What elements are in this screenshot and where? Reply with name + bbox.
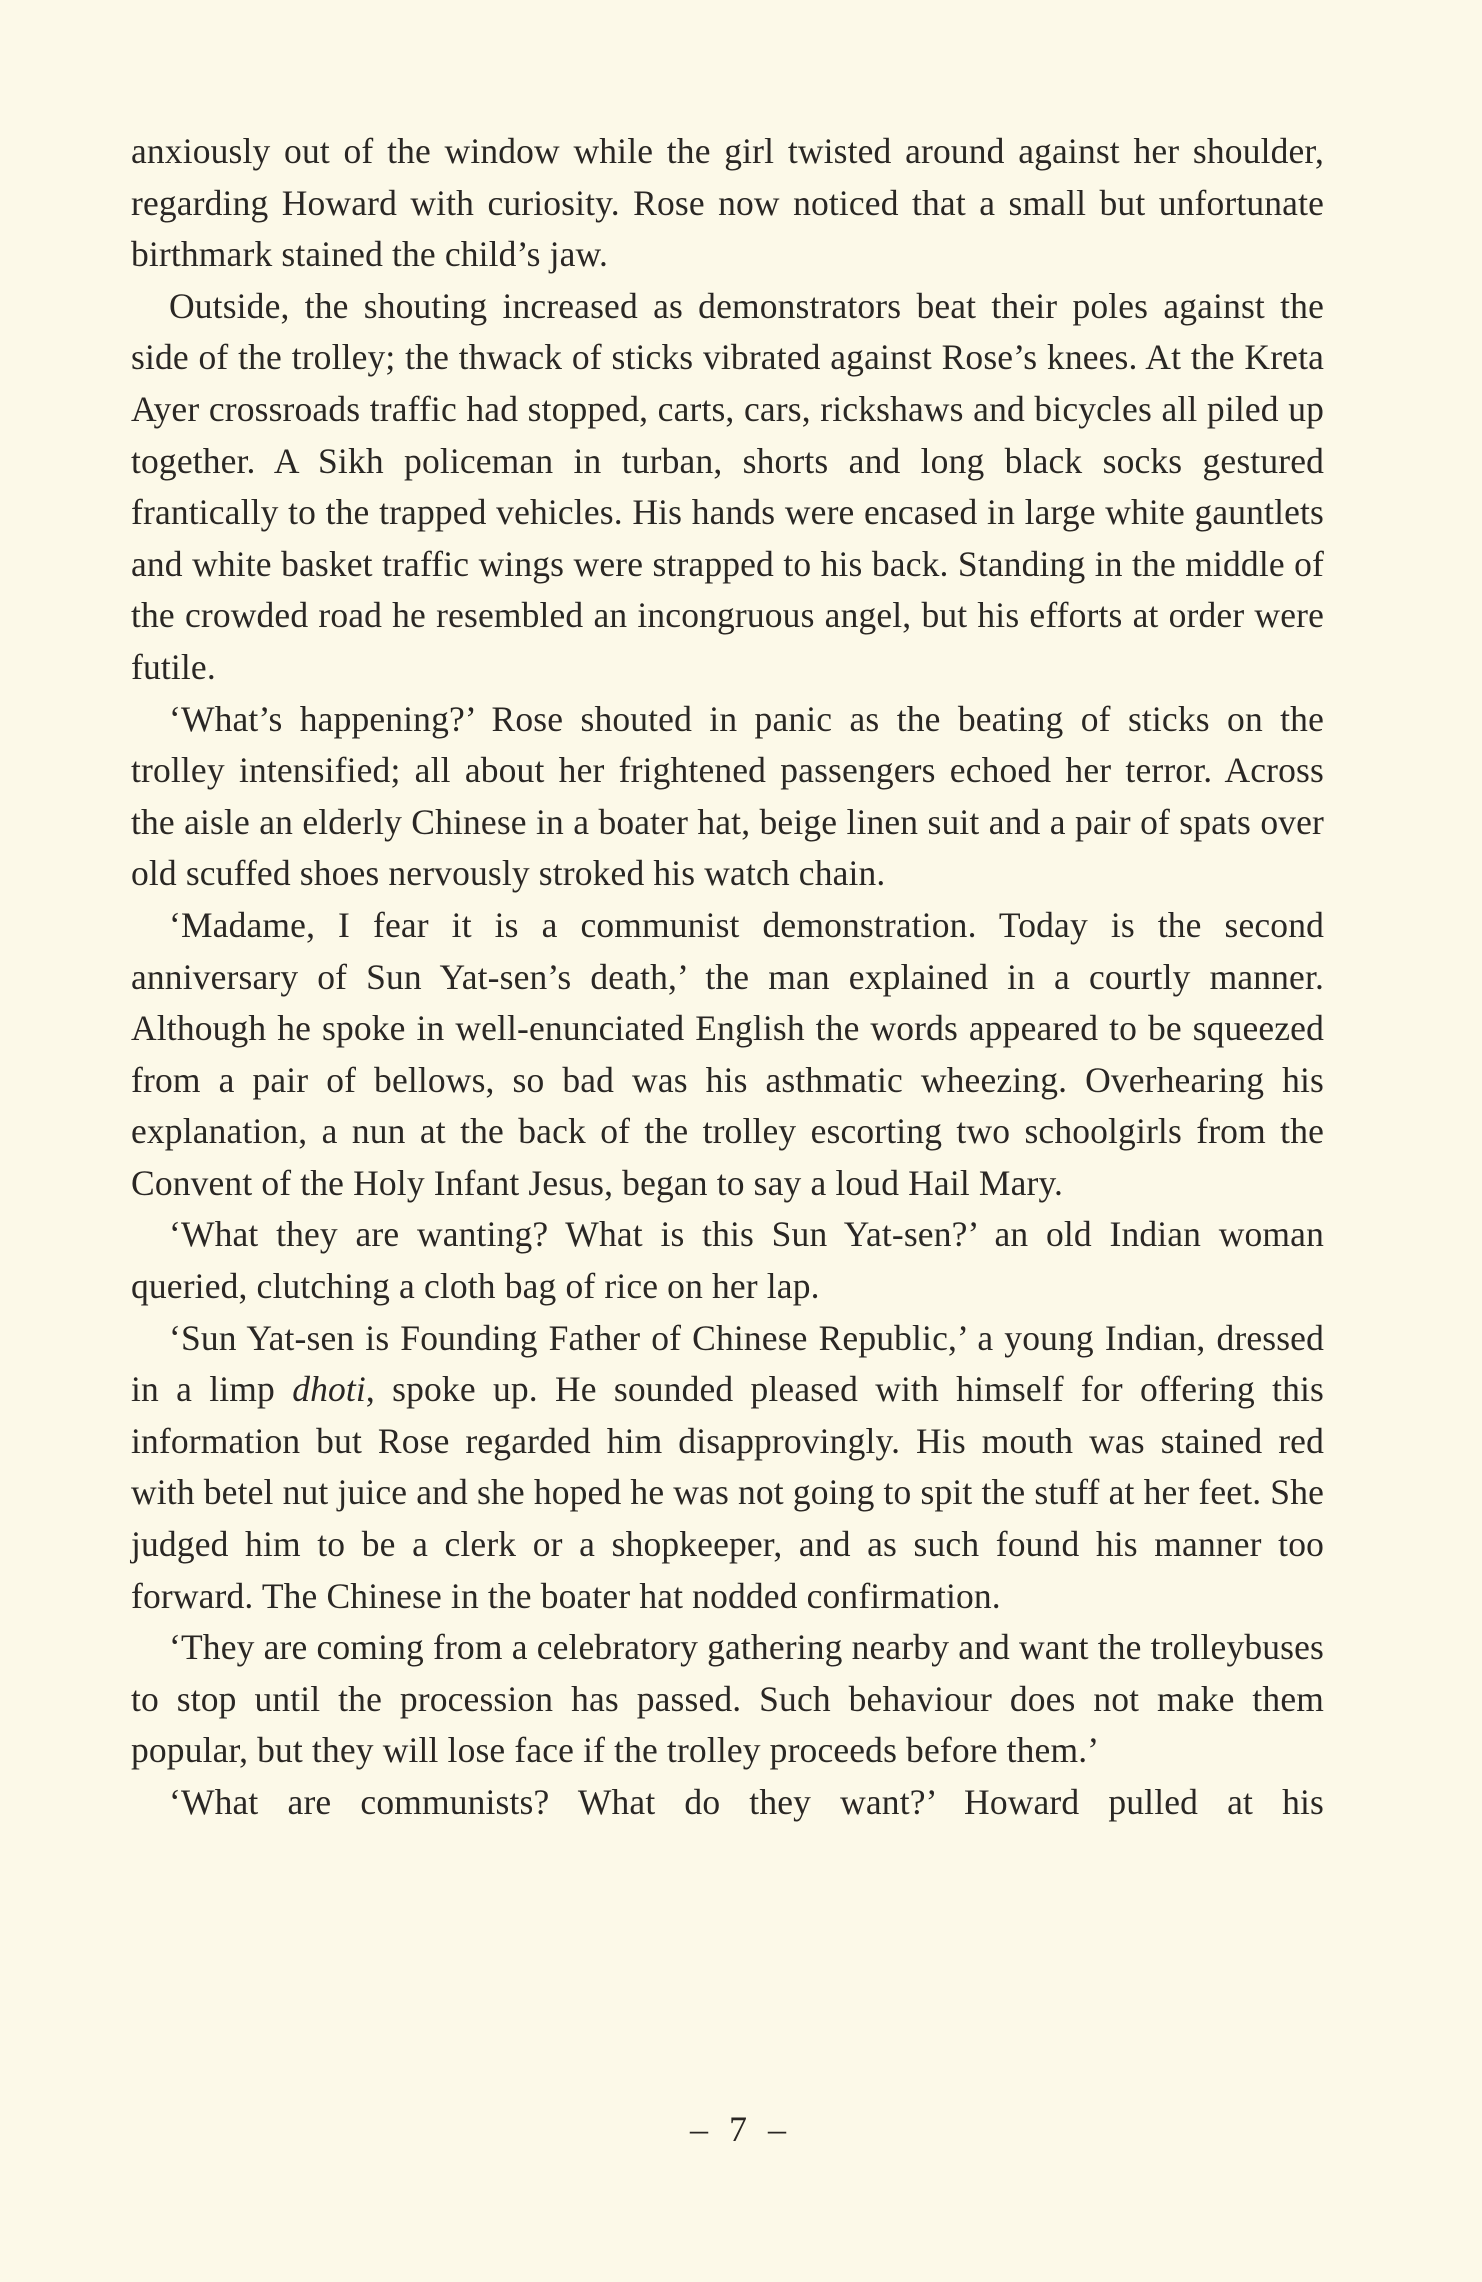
paragraph-7-celebratory-gathering: ‘They are coming from a celebratory gath… bbox=[131, 1622, 1324, 1777]
paragraph-2-outside-shouting: Outside, the shouting increased as demon… bbox=[131, 281, 1324, 694]
paragraph-8-what-are-communists: ‘What are communists? What do they want?… bbox=[131, 1777, 1324, 1829]
page-body: anxiously out of the window while the gi… bbox=[131, 126, 1324, 1829]
paragraph-text: ‘What’s happening?’ Rose shouted in pani… bbox=[131, 699, 1324, 894]
paragraph-text: ‘They are coming from a celebratory gath… bbox=[131, 1627, 1324, 1770]
paragraph-4-madame: ‘Madame, I fear it is a communist demons… bbox=[131, 900, 1324, 1210]
paragraph-text: ‘What they are wanting? What is this Sun… bbox=[131, 1214, 1324, 1306]
paragraph-text: ‘What are communists? What do they want?… bbox=[169, 1782, 1324, 1822]
paragraph-text: ‘Madame, I fear it is a communist demons… bbox=[131, 905, 1324, 1203]
paragraph-6-founding-father: ‘Sun Yat-sen is Founding Father of Chine… bbox=[131, 1313, 1324, 1623]
paragraph-3-whats-happening: ‘What’s happening?’ Rose shouted in pani… bbox=[131, 694, 1324, 900]
italic-term-dhoti: dhoti bbox=[292, 1369, 366, 1409]
page-number: – 7 – bbox=[0, 2108, 1482, 2150]
paragraph-5-what-they-are-wanting: ‘What they are wanting? What is this Sun… bbox=[131, 1209, 1324, 1312]
paragraph-text: Outside, the shouting increased as demon… bbox=[131, 286, 1324, 687]
paragraph-1-continued: anxiously out of the window while the gi… bbox=[131, 126, 1324, 281]
paragraph-text: anxiously out of the window while the gi… bbox=[131, 131, 1324, 274]
